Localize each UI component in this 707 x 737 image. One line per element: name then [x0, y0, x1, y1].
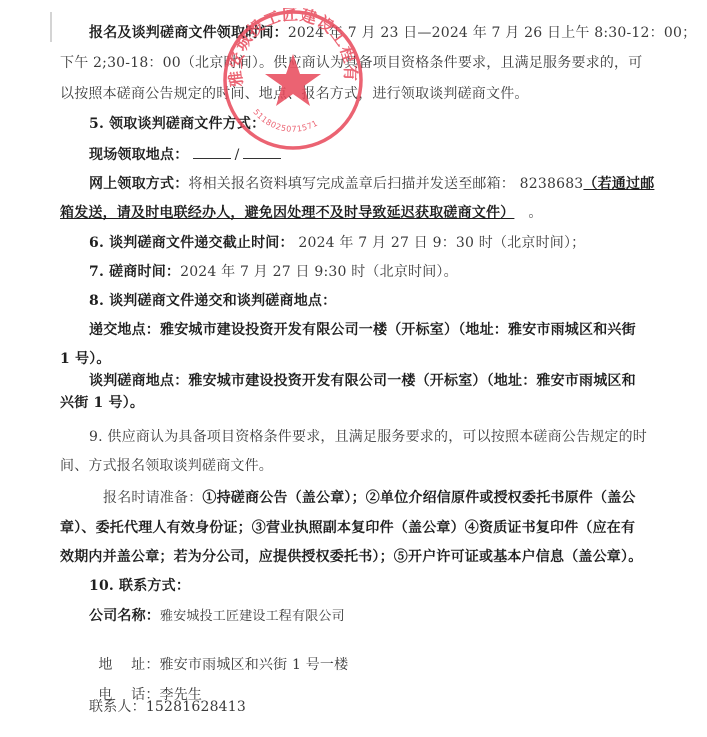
s4-dates: 2024 年 7 月 23 日—2024 年 7 月 26 日上午 8:30-1… [288, 25, 696, 41]
s6: 6. 谈判磋商文件递交截止时间： 2024 年 7 月 27 日 9：30 时（… [89, 234, 585, 252]
s6-text: 2024 年 7 月 27 日 9：30 时（北京时间）； [294, 235, 586, 251]
s5-online-text: 将相关报名资料填写完成盖章后扫描并发送至邮箱： 8238683 [188, 176, 583, 192]
contact-row: 联系人：15281628413 [89, 698, 246, 716]
s5-online-note-start: （若通过邮 [583, 176, 654, 192]
s7: 7. 磋商时间：2024 年 7 月 27 日 9:30 时（北京时间）。 [89, 263, 458, 281]
s5-title: 5. 领取谈判磋商文件方式： [89, 115, 265, 133]
margin-marker [50, 12, 52, 42]
s7-label: 7. 磋商时间： [89, 264, 180, 280]
contact-value: 15281628413 [146, 699, 246, 715]
s8-negotiate-line1: 谈判磋商地点：雅安城市建设投资开发有限公司一楼（开标室）（地址：雅安市雨城区和 [89, 372, 636, 390]
prep-items-1: ①持磋商公告（盖公章）；②单位介绍信原件或授权委托书原件（盖公 [202, 490, 635, 506]
s5-online-label: 网上领取方式： [89, 176, 188, 192]
s4-label: 报名及谈判磋商文件领取时间： [89, 25, 288, 41]
s5-online: 网上领取方式：将相关报名资料填写完成盖章后扫描并发送至邮箱： 8238683（若… [89, 175, 654, 193]
prep-line3: 效期内并盖公章；若为分公司，应提供授权委托书）；⑤开户许可证或基本户信息（盖公章… [60, 548, 642, 566]
stamp-org-text: 雅安城投工匠建设工程有限公司 [221, 8, 360, 89]
s4-line1: 报名及谈判磋商文件领取时间：2024 年 7 月 23 日—2024 年 7 月… [89, 24, 696, 42]
company-value: 雅安城投工匠建设工程有限公司 [160, 609, 345, 624]
s5-online-cont: 箱发送，请及时电联经办人，避免因处理不及时导致延迟获取磋商文件）。 [60, 204, 543, 222]
s9-line2: 间、方式报名领取谈判磋商文件。 [60, 457, 273, 475]
blank-field [193, 145, 231, 159]
s7-text: 2024 年 7 月 27 日 9:30 时（北京时间）。 [180, 264, 458, 280]
s8-negotiate-line2: 兴街 1 号）。 [60, 394, 144, 412]
s5-onsite-value: / [231, 146, 243, 164]
prep-label: 报名时请准备： [103, 490, 202, 506]
s8-submit-line1: 递交地点：雅安城市建设投资开发有限公司一楼（开标室）（地址：雅安市雨城区和兴街 [89, 321, 636, 339]
s6-label: 6. 谈判磋商文件递交截止时间： [89, 235, 294, 251]
company-row: 公司名称：雅安城投工匠建设工程有限公司 [89, 607, 345, 626]
svg-text:雅安城投工匠建设工程有限公司: 雅安城投工匠建设工程有限公司 [221, 8, 360, 89]
s8-submit-line2: 1 号）。 [60, 350, 111, 368]
s5-onsite: 现场领取地点： / [89, 145, 281, 164]
company-label: 公司名称： [89, 608, 160, 624]
period: 。 [528, 205, 542, 221]
s5-online-note-end: 箱发送，请及时电联经办人，避免因处理不及时导致延迟获取磋商文件） [60, 205, 514, 221]
s5-onsite-label: 现场领取地点： [89, 147, 188, 163]
prep-line1: 报名时请准备：①持磋商公告（盖公章）；②单位介绍信原件或授权委托书原件（盖公 [103, 489, 636, 507]
s4-line3: 以按照本磋商公告规定的时间、地点、报名方式，进行领取谈判磋商文件。 [60, 85, 529, 103]
contact-label: 联系人： [89, 699, 146, 715]
prep-line2: 章）、委托代理人有效身份证；③营业执照副本复印件（盖公章）④资质证书复印件（应在… [60, 519, 635, 537]
s8-title: 8. 谈判磋商文件递交和谈判磋商地点： [89, 292, 336, 310]
s4-line2: 下午 2;30-18：00（北京时间）。供应商认为具备项目资格条件要求，且满足服… [60, 54, 642, 72]
s9-line1: 9. 供应商认为具备项目资格条件要求，且满足服务要求的，可以按照本磋商公告规定的… [89, 428, 647, 446]
blank-field [243, 145, 281, 159]
s10-title: 10. 联系方式： [89, 577, 190, 595]
